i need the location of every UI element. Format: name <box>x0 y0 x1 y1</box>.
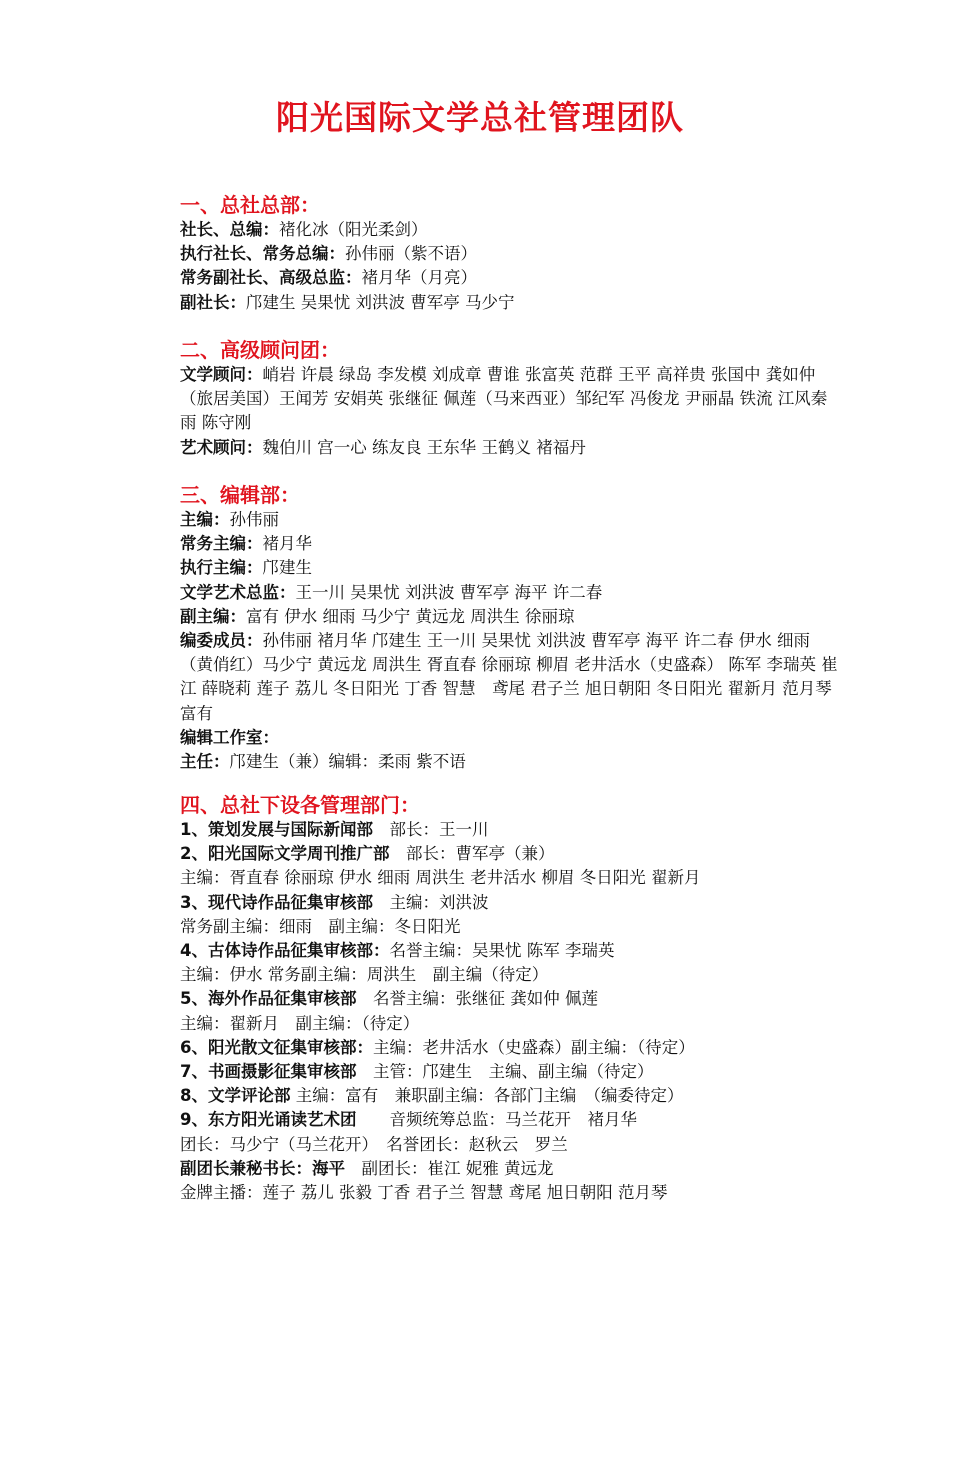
line-value: 主编：老井活水（史盛森）副主编：（待定） <box>373 1038 695 1057</box>
line-value: 金牌主播：莲子 荔儿 张毅 丁香 君子兰 智慧 鸢尾 旭日朝阳 范月琴 <box>180 1183 667 1202</box>
text-line: 7、书画摄影征集审核部 主管：邝建生 主编、副主编（待定） <box>180 1060 840 1084</box>
section-heading: 一、总社总部： <box>180 192 840 218</box>
text-line: 副社长：邝建生 吴果忧 刘洪波 曹军亭 马少宁 <box>180 291 840 315</box>
text-line: 编委成员：孙伟丽 褚月华 邝建生 王一川 吴果忧 刘洪波 曹军亭 海平 许二春 … <box>180 629 840 726</box>
line-value: 褚化冰（阳光柔剑） <box>279 220 428 239</box>
text-line: 2、阳光国际文学周刊推广部 部长：曹军亭（兼） <box>180 842 840 866</box>
line-value: 主管：邝建生 主编、副主编（待定） <box>356 1062 653 1081</box>
text-line: 金牌主播：莲子 荔儿 张毅 丁香 君子兰 智慧 鸢尾 旭日朝阳 范月琴 <box>180 1181 840 1205</box>
line-value: 主编：伊水 常务副主编：周洪生 副主编（待定） <box>180 965 548 984</box>
line-value: 音频统筹总监：马兰花开 褚月华 <box>356 1110 637 1129</box>
text-line: 常务副社长、高级总监：褚月华（月亮） <box>180 266 840 290</box>
line-label: 编委成员： <box>180 631 263 650</box>
line-label: 编辑工作室： <box>180 728 279 747</box>
text-line: 4、古体诗作品征集审核部：名誉主编：吴果忧 陈军 李瑞英 <box>180 939 840 963</box>
line-label: 常务副社长、高级总监： <box>180 268 362 287</box>
line-value: 孙伟丽（紫不语） <box>345 244 477 263</box>
section-heading: 二、高级顾问团： <box>180 337 840 363</box>
line-value: 邝建生（兼）编辑：柔雨 紫不语 <box>230 752 466 771</box>
text-line: 常务副主编：细雨 副主编：冬日阳光 <box>180 915 840 939</box>
line-value: 常务副主编：细雨 副主编：冬日阳光 <box>180 917 461 936</box>
line-value: 褚月华（月亮） <box>362 268 478 287</box>
text-line: 团长：马少宁（马兰花开） 名誉团长：赵秋云 罗兰 <box>180 1133 840 1157</box>
document-page: 阳光国际文学总社管理团队 一、总社总部： 社长、总编：褚化冰（阳光柔剑） 执行社… <box>0 0 960 1463</box>
line-value: 名誉主编：吴果忧 陈军 李瑞英 <box>389 941 614 960</box>
text-line: 社长、总编：褚化冰（阳光柔剑） <box>180 218 840 242</box>
text-line: 副主编：富有 伊水 细雨 马少宁 黄远龙 周洪生 徐丽琼 <box>180 605 840 629</box>
section-advisors: 二、高级顾问团： 文学顾问：峭岩 许晨 绿岛 李发模 刘成章 曹谁 张富英 范群… <box>180 337 840 460</box>
line-value: 邝建生 吴果忧 刘洪波 曹军亭 马少宁 <box>246 293 514 312</box>
line-value: 主编：胥直春 徐丽琼 伊水 细雨 周洪生 老井活水 柳眉 冬日阳光 翟新月 <box>180 868 700 887</box>
line-value: 部长：曹军亭（兼） <box>389 844 554 863</box>
line-value: 峭岩 许晨 绿岛 李发模 刘成章 曹谁 张富英 范群 王平 高祥贵 张国中 龚如… <box>180 365 827 432</box>
line-value: 副团长：崔江 妮雅 黄远龙 <box>345 1159 554 1178</box>
line-label: 副社长： <box>180 293 246 312</box>
line-value: 名誉主编：张继征 龚如仲 佩莲 <box>356 989 598 1008</box>
line-value: 王一川 吴果忧 刘洪波 曹军亭 海平 许二春 <box>296 583 603 602</box>
text-line: 主编：孙伟丽 <box>180 508 840 532</box>
line-value: 邝建生 <box>263 558 313 577</box>
text-line: 常务主编：褚月华 <box>180 532 840 556</box>
line-value: 魏伯川 宫一心 练友良 王东华 王鹤义 褚福丹 <box>263 438 586 457</box>
line-label: 主任： <box>180 752 230 771</box>
line-value: 主编：翟新月 副主编：（待定） <box>180 1014 419 1033</box>
line-label: 8、文学评论部 <box>180 1086 290 1105</box>
text-line: 主编：胥直春 徐丽琼 伊水 细雨 周洪生 老井活水 柳眉 冬日阳光 翟新月 <box>180 866 840 890</box>
text-line: 主编：伊水 常务副主编：周洪生 副主编（待定） <box>180 963 840 987</box>
line-label: 执行主编： <box>180 558 263 577</box>
text-line: 主任：邝建生（兼）编辑：柔雨 紫不语 <box>180 750 840 774</box>
line-label: 执行社长、常务总编： <box>180 244 345 263</box>
line-label: 主编： <box>180 510 230 529</box>
section-headquarters: 一、总社总部： 社长、总编：褚化冰（阳光柔剑） 执行社长、常务总编：孙伟丽（紫不… <box>180 192 840 315</box>
line-label: 2、阳光国际文学周刊推广部 <box>180 844 389 863</box>
text-line: 编辑工作室： <box>180 726 840 750</box>
text-line: 执行主编：邝建生 <box>180 556 840 580</box>
line-label: 1、策划发展与国际新闻部 <box>180 820 373 839</box>
line-label: 艺术顾问： <box>180 438 263 457</box>
text-line: 5、海外作品征集审核部 名誉主编：张继征 龚如仲 佩莲 <box>180 987 840 1011</box>
line-label: 3、现代诗作品征集审核部 <box>180 893 373 912</box>
line-value: 富有 伊水 细雨 马少宁 黄远龙 周洪生 徐丽琼 <box>246 607 574 626</box>
text-line: 3、现代诗作品征集审核部 主编：刘洪波 <box>180 891 840 915</box>
line-label: 社长、总编： <box>180 220 279 239</box>
text-line: 副团长兼秘书长：海平 副团长：崔江 妮雅 黄远龙 <box>180 1157 840 1181</box>
line-label: 5、海外作品征集审核部 <box>180 989 356 1008</box>
text-line: 艺术顾问：魏伯川 宫一心 练友良 王东华 王鹤义 褚福丹 <box>180 436 840 460</box>
text-line: 文学艺术总监：王一川 吴果忧 刘洪波 曹军亭 海平 许二春 <box>180 581 840 605</box>
text-line: 1、策划发展与国际新闻部 部长：王一川 <box>180 818 840 842</box>
line-label: 9、东方阳光诵读艺术团 <box>180 1110 356 1129</box>
section-departments: 四、总社下设各管理部门： 1、策划发展与国际新闻部 部长：王一川 2、阳光国际文… <box>180 792 840 1205</box>
text-line: 8、文学评论部 主编：富有 兼职副主编：各部门主编 （编委待定） <box>180 1084 840 1108</box>
section-heading: 四、总社下设各管理部门： <box>180 792 840 818</box>
text-line: 6、阳光散文征集审核部：主编：老井活水（史盛森）副主编：（待定） <box>180 1036 840 1060</box>
text-line: 9、东方阳光诵读艺术团 音频统筹总监：马兰花开 褚月华 <box>180 1108 840 1132</box>
text-line: 执行社长、常务总编：孙伟丽（紫不语） <box>180 242 840 266</box>
line-value: 部长：王一川 <box>373 820 489 839</box>
line-label: 副主编： <box>180 607 246 626</box>
text-line: 主编：翟新月 副主编：（待定） <box>180 1012 840 1036</box>
line-value: 主编：富有 兼职副主编：各部门主编 （编委待定） <box>290 1086 683 1105</box>
line-label: 7、书画摄影征集审核部 <box>180 1062 356 1081</box>
line-value: 孙伟丽 褚月华 邝建生 王一川 吴果忧 刘洪波 曹军亭 海平 许二春 伊水 细雨… <box>180 631 838 723</box>
line-label: 6、阳光散文征集审核部： <box>180 1038 373 1057</box>
line-label: 4、古体诗作品征集审核部： <box>180 941 389 960</box>
text-line: 文学顾问：峭岩 许晨 绿岛 李发模 刘成章 曹谁 张富英 范群 王平 高祥贵 张… <box>180 363 840 436</box>
line-label: 文学顾问： <box>180 365 263 384</box>
page-title: 阳光国际文学总社管理团队 <box>0 92 960 139</box>
line-value: 孙伟丽 <box>230 510 280 529</box>
section-editorial: 三、编辑部： 主编：孙伟丽 常务主编：褚月华 执行主编：邝建生 文学艺术总监：王… <box>180 482 840 774</box>
line-label: 副团长兼秘书长：海平 <box>180 1159 345 1178</box>
line-label: 常务主编： <box>180 534 263 553</box>
line-value: 团长：马少宁（马兰花开） 名誉团长：赵秋云 罗兰 <box>180 1135 568 1154</box>
line-value: 主编：刘洪波 <box>373 893 489 912</box>
line-label: 文学艺术总监： <box>180 583 296 602</box>
section-heading: 三、编辑部： <box>180 482 840 508</box>
line-value: 褚月华 <box>263 534 313 553</box>
